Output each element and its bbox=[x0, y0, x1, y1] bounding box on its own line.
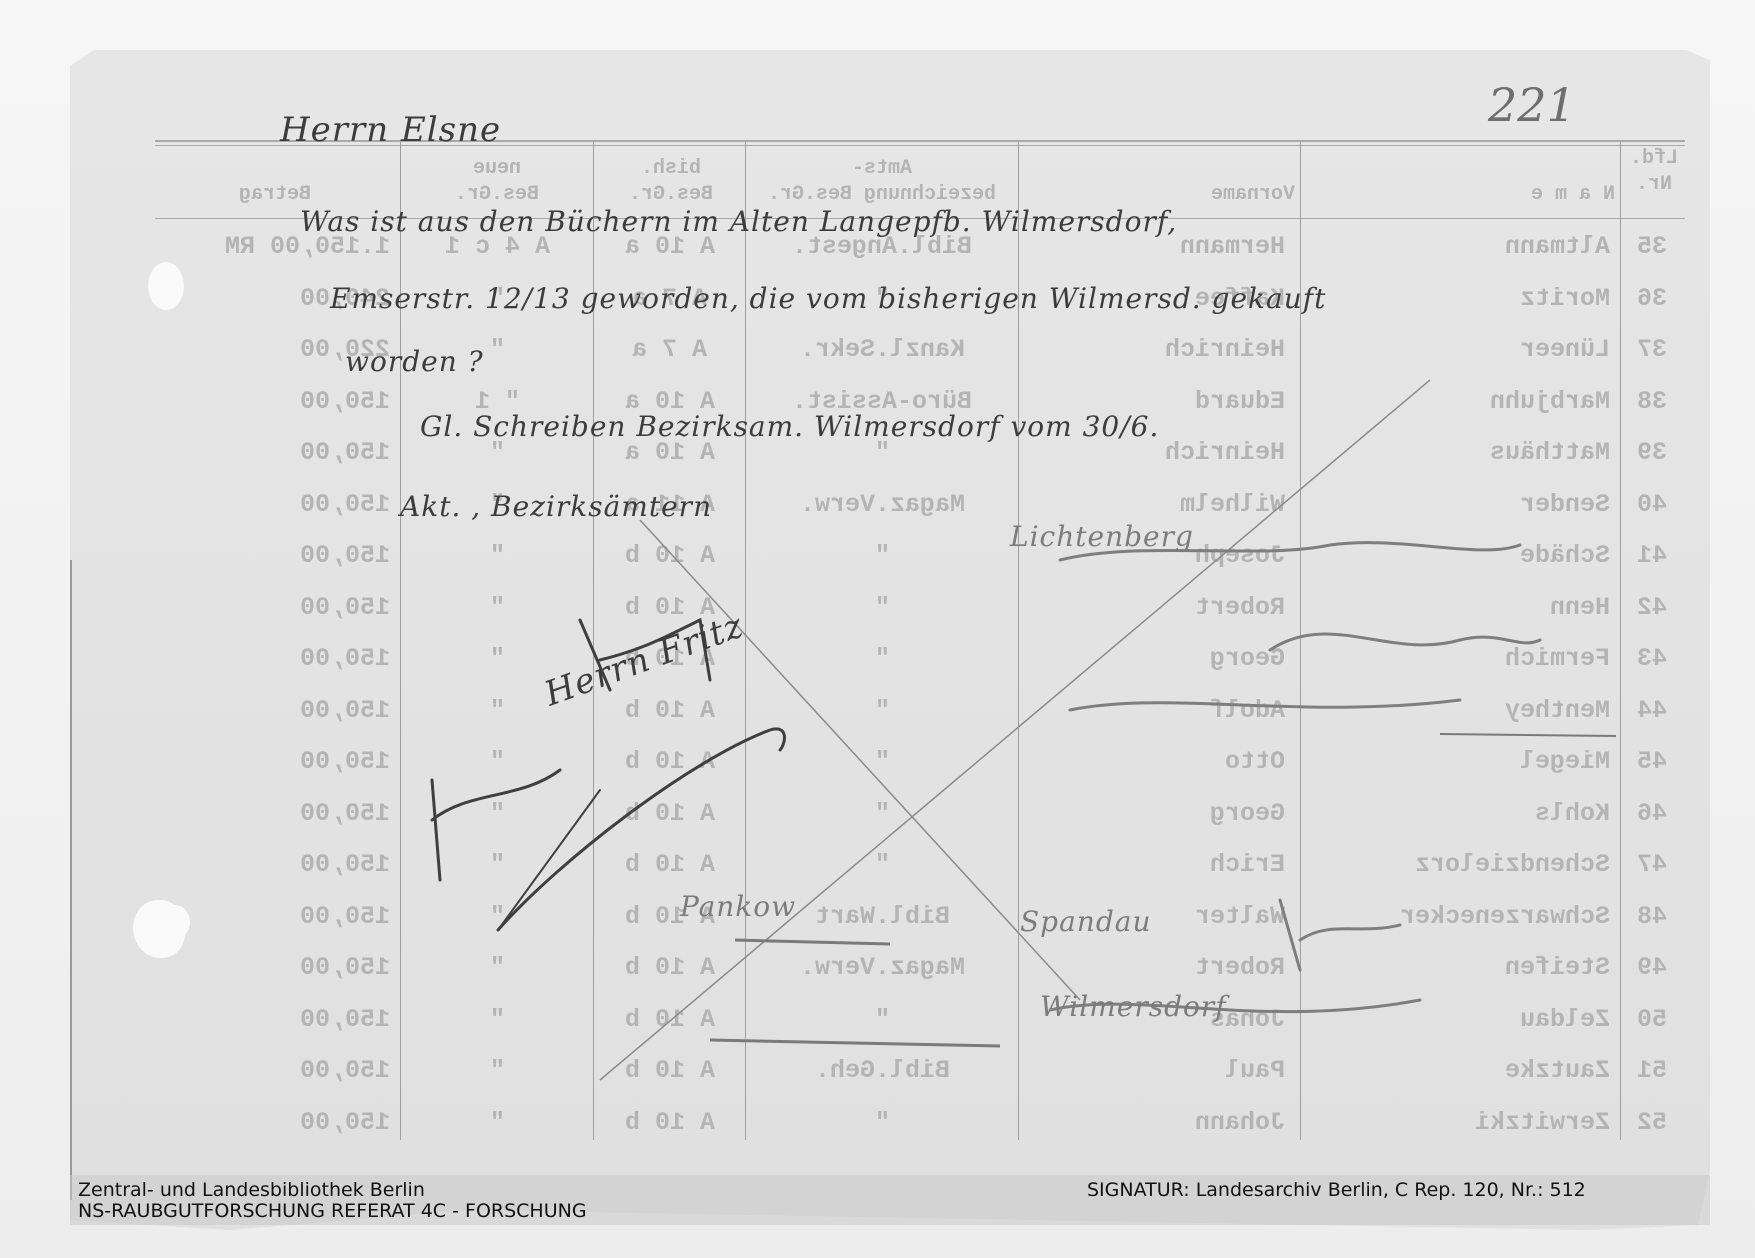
signature-spandau: Spandau bbox=[1020, 905, 1151, 938]
cell-name: Altmann bbox=[1305, 232, 1610, 262]
cell-betrag: 150,00 bbox=[155, 1005, 390, 1035]
cell-amt: " bbox=[750, 799, 1015, 829]
cell-nr: 37 bbox=[1625, 335, 1680, 365]
cell-name: Zerwitzki bbox=[1305, 1108, 1610, 1138]
cell-nr: 38 bbox=[1625, 387, 1680, 417]
cell-nr: 39 bbox=[1625, 438, 1680, 468]
cell-nr: 43 bbox=[1625, 644, 1680, 674]
cell-nr: 44 bbox=[1625, 696, 1680, 726]
cell-bish: A 10 b bbox=[595, 1005, 745, 1035]
cell-bish: A 10 b bbox=[595, 696, 745, 726]
cell-amt: " bbox=[750, 1005, 1015, 1035]
cell-vorname: Johann bbox=[1025, 1108, 1285, 1138]
header-bisherige: bish.Bes.Gr. bbox=[597, 156, 745, 208]
column-divider bbox=[1620, 140, 1621, 1140]
cell-amt: " bbox=[750, 696, 1015, 726]
handwritten-line-2: Emserstr. 12/13 geworden, die vom bisher… bbox=[330, 282, 1326, 315]
cell-betrag: 150,00 bbox=[155, 747, 390, 777]
cell-neue: " bbox=[405, 1056, 590, 1086]
handwritten-line-5: Akt. , Bezirksämtern bbox=[400, 490, 712, 523]
signature-wilmersdorf-text: Wilmersdorf bbox=[1040, 990, 1227, 1023]
cell-name: Sender bbox=[1305, 490, 1610, 520]
punch-hole bbox=[160, 905, 190, 939]
cell-neue: " bbox=[405, 799, 590, 829]
cell-betrag: 150,00 bbox=[155, 593, 390, 623]
header-name: N a m e bbox=[1305, 182, 1625, 208]
cell-nr: 45 bbox=[1625, 747, 1680, 777]
cell-amt: Magaz.Verw. bbox=[750, 953, 1015, 983]
page-number: 221 bbox=[1488, 78, 1576, 132]
cell-amt: Magaz.Verw. bbox=[750, 490, 1015, 520]
institution-caption: Zentral- und Landesbibliothek Berlin NS-… bbox=[78, 1180, 587, 1222]
cell-bish: A 10 b bbox=[595, 1056, 745, 1086]
cell-name: Zeldau bbox=[1305, 1005, 1610, 1035]
cell-name: Steifen bbox=[1305, 953, 1610, 983]
cell-nr: 51 bbox=[1625, 1056, 1680, 1086]
cell-vorname: Robert bbox=[1025, 953, 1285, 983]
header-neue: neueBes.Gr. bbox=[405, 156, 590, 208]
cell-nr: 42 bbox=[1625, 593, 1680, 623]
header-lfd-nr: Lfd.Nr. bbox=[1623, 146, 1685, 198]
sheet-fold-edge bbox=[70, 560, 72, 1200]
institution-department: NS-RAUBGUTFORSCHUNG REFERAT 4C - FORSCHU… bbox=[78, 1201, 587, 1222]
cell-bish: A 10 b bbox=[595, 850, 745, 880]
signature-lichtenberg: Lichtenberg bbox=[1010, 520, 1194, 553]
cell-bish: A 7 a bbox=[595, 335, 745, 365]
cell-name: Schäde bbox=[1305, 541, 1610, 571]
cell-vorname: Heinrich bbox=[1025, 335, 1285, 365]
cell-name: Schwarzenecker bbox=[1305, 902, 1610, 932]
cell-name: Henn bbox=[1305, 593, 1610, 623]
header-amtsbezeichnung: Amts-bezeichnung Bes.Gr. bbox=[747, 156, 1017, 208]
handwritten-salutation: Herrn Elsne bbox=[280, 110, 501, 150]
cell-name: Moritz bbox=[1305, 284, 1610, 314]
cell-nr: 48 bbox=[1625, 902, 1680, 932]
cell-vorname: Georg bbox=[1025, 644, 1285, 674]
cell-betrag: 150,00 bbox=[155, 799, 390, 829]
cell-amt: " bbox=[750, 1108, 1015, 1138]
cell-vorname: Wilhelm bbox=[1025, 490, 1285, 520]
cell-name: Lüneer bbox=[1305, 335, 1610, 365]
handwritten-line-4: Gl. Schreiben Bezirksam. Wilmersdorf vom… bbox=[420, 410, 1159, 443]
cell-betrag: 150,00 bbox=[155, 387, 390, 417]
cell-vorname: Otto bbox=[1025, 747, 1285, 777]
cell-betrag: 150,00 bbox=[155, 953, 390, 983]
cell-name: Miegel bbox=[1305, 747, 1610, 777]
cell-nr: 36 bbox=[1625, 284, 1680, 314]
cell-neue: " bbox=[405, 1005, 590, 1035]
cell-neue: " bbox=[405, 953, 590, 983]
handwritten-line-1: Was ist aus den Büchern im Alten Langepf… bbox=[300, 205, 1177, 238]
cell-amt: " bbox=[750, 850, 1015, 880]
cell-vorname: Paul bbox=[1025, 1056, 1285, 1086]
cell-neue: " bbox=[405, 541, 590, 571]
cell-nr: 35 bbox=[1625, 232, 1680, 262]
cell-bish: A 10 b bbox=[595, 1108, 745, 1138]
cell-name: Matthäus bbox=[1305, 438, 1610, 468]
cell-amt: Bibl.Geh. bbox=[750, 1056, 1015, 1086]
cell-nr: 49 bbox=[1625, 953, 1680, 983]
cell-neue: " bbox=[405, 593, 590, 623]
handwritten-line-3: worden ? bbox=[345, 345, 484, 378]
cell-bish: A 10 b bbox=[595, 953, 745, 983]
cell-amt: " bbox=[750, 747, 1015, 777]
cell-bish: A 10 b bbox=[595, 747, 745, 777]
cell-amt: " bbox=[750, 593, 1015, 623]
cell-nr: 52 bbox=[1625, 1108, 1680, 1138]
cell-name: Marbjuhn bbox=[1305, 387, 1610, 417]
cell-betrag: 150,00 bbox=[155, 438, 390, 468]
cell-betrag: 150,00 bbox=[155, 696, 390, 726]
cell-betrag: 150,00 bbox=[155, 902, 390, 932]
cell-nr: 46 bbox=[1625, 799, 1680, 829]
cell-betrag: 150,00 bbox=[155, 541, 390, 571]
cell-vorname: Adolf bbox=[1025, 696, 1285, 726]
cell-betrag: 150,00 bbox=[155, 1108, 390, 1138]
cell-name: Schendzielorz bbox=[1305, 850, 1610, 880]
cell-name: Fermich bbox=[1305, 644, 1610, 674]
signature-pankow-text: Pankow bbox=[680, 890, 796, 923]
cell-nr: 40 bbox=[1625, 490, 1680, 520]
cell-neue: " bbox=[405, 850, 590, 880]
cell-amt: Kanzl.Sekr. bbox=[750, 335, 1015, 365]
cell-vorname: Georg bbox=[1025, 799, 1285, 829]
cell-vorname: Robert bbox=[1025, 593, 1285, 623]
cell-betrag: 150,00 bbox=[155, 490, 390, 520]
cell-nr: 47 bbox=[1625, 850, 1680, 880]
cell-nr: 41 bbox=[1625, 541, 1680, 571]
institution-name: Zentral- und Landesbibliothek Berlin bbox=[78, 1180, 587, 1201]
cell-neue: " bbox=[405, 747, 590, 777]
cell-bish: A 10 b bbox=[595, 799, 745, 829]
cell-neue: " bbox=[405, 902, 590, 932]
cell-neue: " bbox=[405, 1108, 590, 1138]
cell-betrag: 150,00 bbox=[155, 1056, 390, 1086]
archive-signature: SIGNATUR: Landesarchiv Berlin, C Rep. 12… bbox=[1087, 1180, 1586, 1201]
cell-betrag: 150,00 bbox=[155, 644, 390, 674]
cell-bish: A 10 b bbox=[595, 541, 745, 571]
cell-nr: 50 bbox=[1625, 1005, 1680, 1035]
cell-name: Zautzke bbox=[1305, 1056, 1610, 1086]
cell-amt: " bbox=[750, 644, 1015, 674]
cell-name: Kohls bbox=[1305, 799, 1610, 829]
cell-amt: " bbox=[750, 541, 1015, 571]
cell-betrag: 150,00 bbox=[155, 850, 390, 880]
cell-vorname: Erich bbox=[1025, 850, 1285, 880]
cell-name: Menthey bbox=[1305, 696, 1610, 726]
punch-hole bbox=[148, 262, 184, 310]
